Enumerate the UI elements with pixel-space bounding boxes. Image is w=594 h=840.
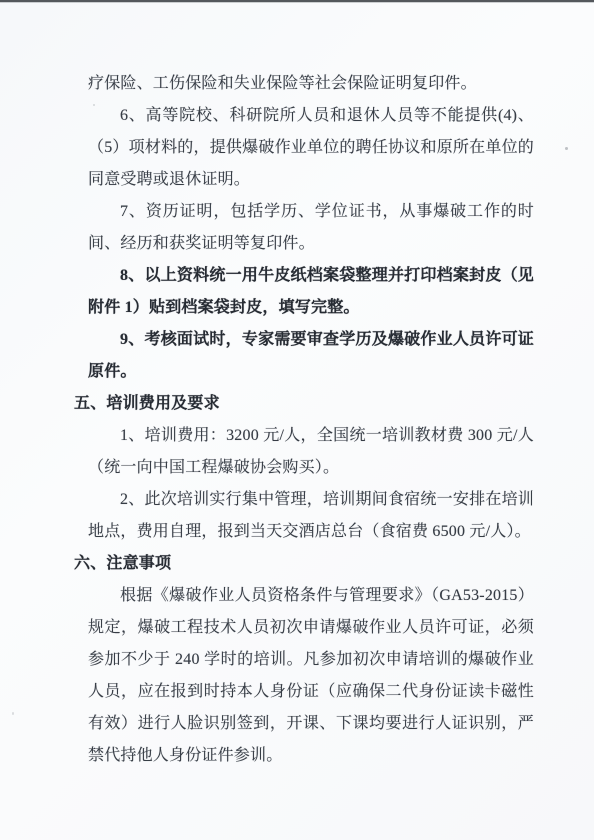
paragraph-item-6: 6、高等院校、科研院所人员和退休人员等不能提供(4)、（5）项材料的，提供爆破作… (88, 100, 534, 196)
scan-speck (565, 147, 568, 150)
paragraph-item-7: 7、资历证明，包括学历、学位证书，从事爆破工作的时间、经历和获奖证明等复印件。 (88, 196, 534, 260)
document-body: 疗保险、工伤保险和失业保险等社会保险证明复印件。 6、高等院校、科研院所人员和退… (88, 68, 534, 772)
scanned-document-page: 疗保险、工伤保险和失业保险等社会保险证明复印件。 6、高等院校、科研院所人员和退… (0, 0, 594, 840)
scan-speck (12, 712, 14, 715)
paragraph-item-9: 9、考核面试时，专家需要审查学历及爆破作业人员许可证原件。 (88, 324, 534, 388)
paragraph-item-8: 8、以上资料统一用牛皮纸档案袋整理并打印档案封皮（见附件 1）贴到档案袋封皮，填… (88, 260, 534, 324)
paragraph-insurance-continuation: 疗保险、工伤保险和失业保险等社会保险证明复印件。 (88, 68, 534, 100)
scan-edge-artifact (0, 0, 594, 2)
section-heading-training-fees: 五、培训费用及要求 (74, 388, 534, 420)
paragraph-fee-1: 1、培训费用：3200 元/人，全国统一培训教材费 300 元/人（统一向中国工… (88, 420, 534, 484)
section-heading-notes: 六、注意事项 (74, 548, 534, 580)
paragraph-notes: 根据《爆破作业人员资格条件与管理要求》（GA53-2015）规定，爆破工程技术人… (88, 580, 534, 772)
paragraph-fee-2: 2、此次培训实行集中管理，培训期间食宿统一安排在培训地点，费用自理，报到当天交酒… (88, 484, 534, 548)
